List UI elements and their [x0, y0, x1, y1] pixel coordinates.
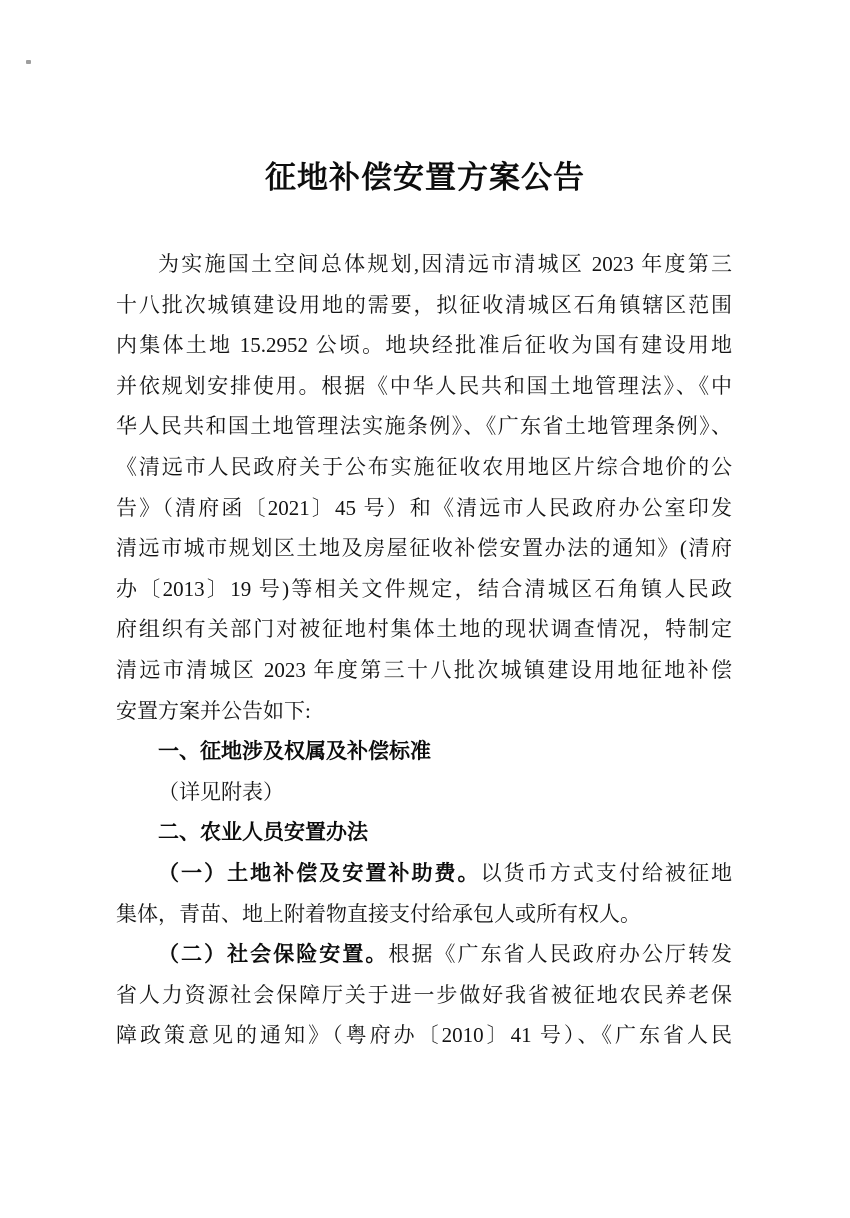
text-run: 华人民共和国土地管理法实施条例》、《广东省土地管理条例》、	[116, 414, 732, 438]
text-line: （一）土地补偿及安置补助费。以货币方式支付给被征地	[116, 853, 732, 894]
text-line: 安置方案并公告如下:	[116, 691, 732, 732]
text-run: 办〔2013〕19 号)等相关文件规定，结合清城区石角镇人民政	[116, 577, 732, 601]
document-page: 征地补偿安置方案公告 为实施国土空间总体规划,因清远市清城区 2023 年度第三…	[0, 0, 850, 1218]
text-run: 省人力资源社会保障厅关于进一步做好我省被征地农民养老保	[116, 983, 732, 1007]
text-line: 一、征地涉及权属及补偿标准	[116, 731, 732, 772]
text-run: 以货币方式支付给被征地	[481, 861, 732, 885]
document-title: 征地补偿安置方案公告	[0, 156, 850, 200]
text-run: 府组织有关部门对被征地村集体土地的现状调查情况，特制定	[116, 617, 732, 641]
text-line: （二）社会保险安置。根据《广东省人民政府办公厅转发	[116, 934, 732, 975]
text-line: 十八批次城镇建设用地的需要，拟征收清城区石角镇辖区范围	[116, 285, 732, 326]
text-run: （详见附表）	[158, 780, 284, 804]
text-line: 清远市清城区 2023 年度第三十八批次城镇建设用地征地补偿	[116, 650, 732, 691]
text-line: 集体，青苗、地上附着物直接支付给承包人或所有权人。	[116, 894, 732, 935]
text-line: （详见附表）	[116, 772, 732, 813]
text-line: 办〔2013〕19 号)等相关文件规定，结合清城区石角镇人民政	[116, 569, 732, 610]
text-line: 为实施国土空间总体规划,因清远市清城区 2023 年度第三	[116, 244, 732, 285]
bold-text-run: 一、征地涉及权属及补偿标准	[158, 740, 431, 763]
text-line: 清远市城市规划区土地及房屋征收补偿安置办法的通知》(清府	[116, 528, 732, 569]
text-run: 清远市清城区 2023 年度第三十八批次城镇建设用地征地补偿	[116, 658, 732, 682]
bold-text-run: （二）社会保险安置。	[158, 943, 388, 966]
text-run: 并依规划安排使用。根据《中华人民共和国土地管理法》、《中	[116, 374, 732, 398]
text-line: 障政策意见的通知》（粤府办〔2010〕41 号）、《广东省人民	[116, 1015, 732, 1056]
bold-text-run: 二、农业人员安置办法	[158, 821, 368, 844]
text-run: 障政策意见的通知》（粤府办〔2010〕41 号）、《广东省人民	[116, 1023, 732, 1047]
text-run: 《清远市人民政府关于公布实施征收农用地区片综合地价的公	[116, 455, 732, 479]
text-run: 集体，青苗、地上附着物直接支付给承包人或所有权人。	[116, 902, 641, 926]
text-run: 清远市城市规划区土地及房屋征收补偿安置办法的通知》(清府	[116, 536, 732, 560]
text-line: 二、农业人员安置办法	[116, 812, 732, 853]
document-body: 为实施国土空间总体规划,因清远市清城区 2023 年度第三十八批次城镇建设用地的…	[116, 244, 732, 1056]
scan-artifact-speck	[26, 60, 31, 64]
text-run: 为实施国土空间总体规划,因清远市清城区 2023 年度第三	[158, 252, 732, 276]
text-line: 并依规划安排使用。根据《中华人民共和国土地管理法》、《中	[116, 366, 732, 407]
bold-text-run: （一）土地补偿及安置补助费。	[158, 862, 481, 885]
text-run: 根据《广东省人民政府办公厅转发	[388, 942, 732, 966]
text-line: 华人民共和国土地管理法实施条例》、《广东省土地管理条例》、	[116, 406, 732, 447]
text-line: 省人力资源社会保障厅关于进一步做好我省被征地农民养老保	[116, 975, 732, 1016]
text-run: 安置方案并公告如下:	[116, 699, 311, 723]
text-line: 府组织有关部门对被征地村集体土地的现状调查情况，特制定	[116, 609, 732, 650]
text-run: 内集体土地 15.2952 公顷。地块经批准后征收为国有建设用地	[116, 333, 732, 357]
text-line: 《清远市人民政府关于公布实施征收农用地区片综合地价的公	[116, 447, 732, 488]
text-line: 内集体土地 15.2952 公顷。地块经批准后征收为国有建设用地	[116, 325, 732, 366]
text-run: 十八批次城镇建设用地的需要，拟征收清城区石角镇辖区范围	[116, 293, 732, 317]
text-line: 告》（清府函〔2021〕45 号）和《清远市人民政府办公室印发	[116, 488, 732, 529]
text-run: 告》（清府函〔2021〕45 号）和《清远市人民政府办公室印发	[116, 496, 732, 520]
